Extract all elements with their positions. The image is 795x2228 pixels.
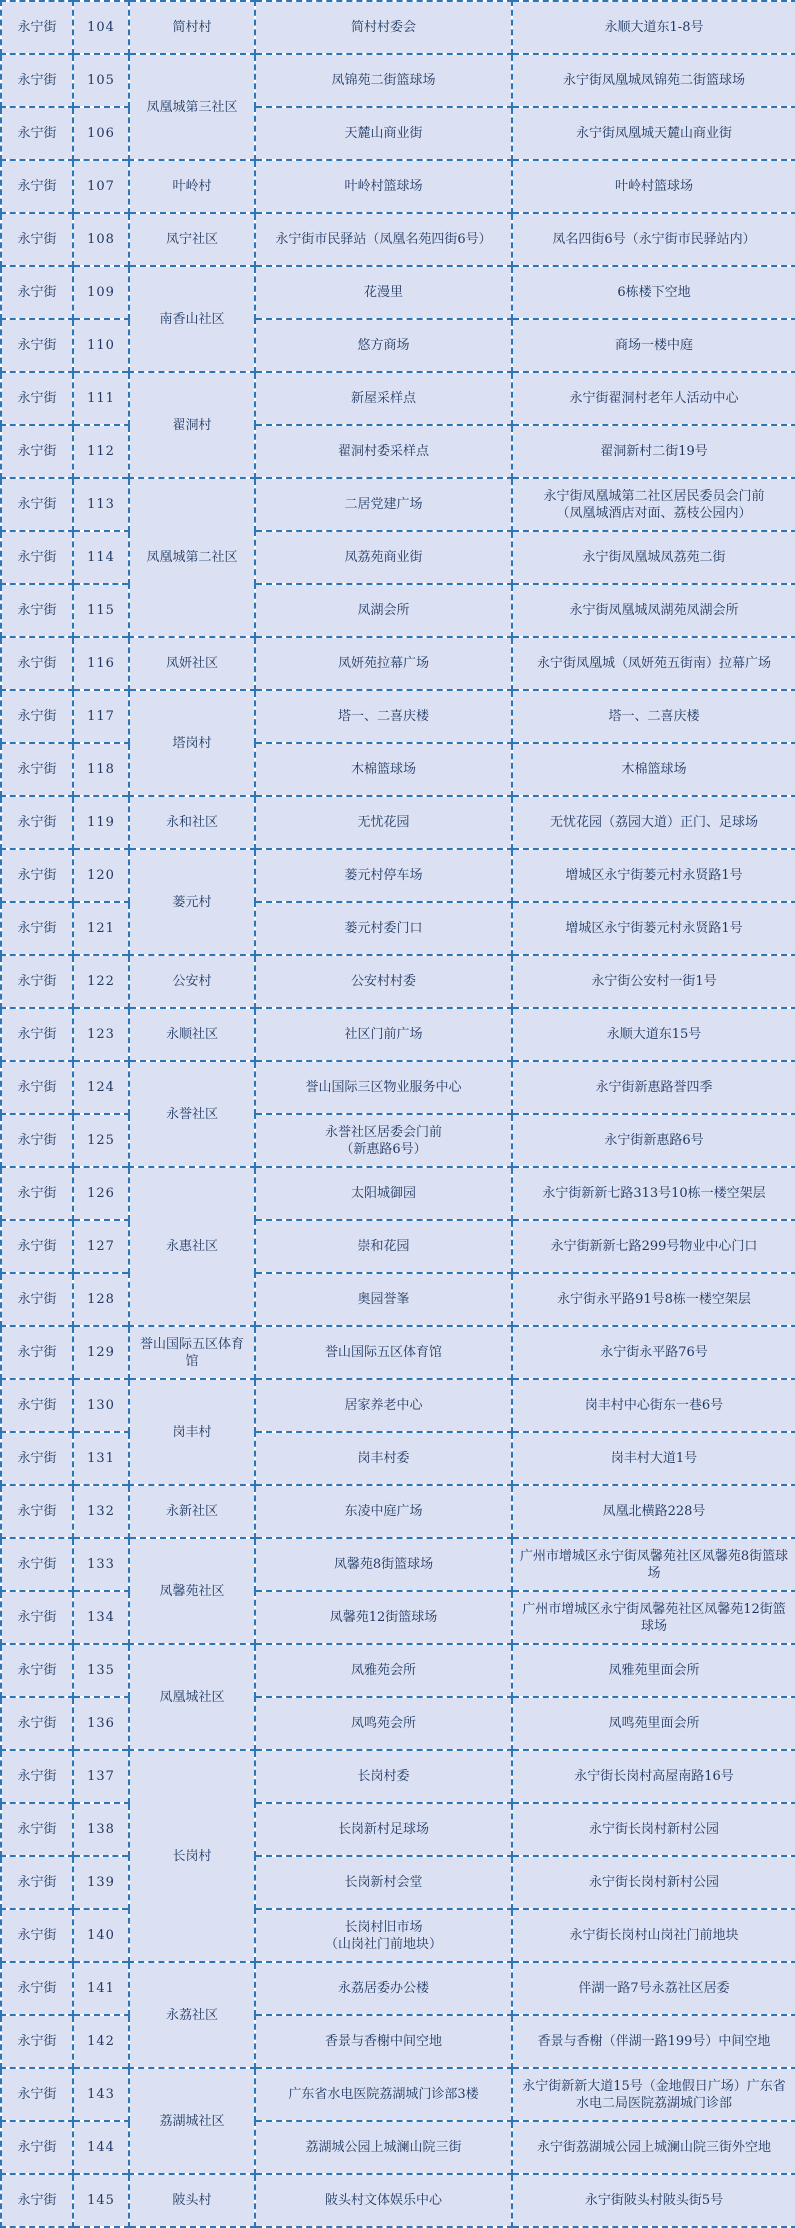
address-cell: 广州市增城区永宁街凤馨苑社区凤馨苑8街篮球场 bbox=[512, 1538, 795, 1591]
street-cell: 永宁街 bbox=[1, 1008, 73, 1061]
address-cell: 永宁街公安村一街1号 bbox=[512, 955, 795, 1008]
index-cell: 120 bbox=[73, 849, 129, 902]
address-cell: 木棉篮球场 bbox=[512, 743, 795, 796]
site-cell: 凤馨苑8街篮球场 bbox=[255, 1538, 512, 1591]
index-cell: 116 bbox=[73, 637, 129, 690]
community-cell: 凤馨苑社区 bbox=[129, 1538, 255, 1644]
site-cell: 永宁街市民驿站（凤凰名苑四街6号） bbox=[255, 213, 512, 266]
street-cell: 永宁街 bbox=[1, 1220, 73, 1273]
table-row: 永宁街121蒌元村委门口增城区永宁街蒌元村永贤路1号 bbox=[1, 902, 795, 955]
street-cell: 永宁街 bbox=[1, 1750, 73, 1803]
site-cell: 长岗村委 bbox=[255, 1750, 512, 1803]
index-cell: 123 bbox=[73, 1008, 129, 1061]
table-row: 永宁街109南香山社区花漫里6栋楼下空地 bbox=[1, 266, 795, 319]
index-cell: 113 bbox=[73, 478, 129, 531]
address-cell: 永宁街长岗村山岗社门前地块 bbox=[512, 1909, 795, 1962]
address-cell: 凤名四街6号（永宁街市民驿站内） bbox=[512, 213, 795, 266]
community-cell: 永誉社区 bbox=[129, 1061, 255, 1167]
site-cell: 二居党建广场 bbox=[255, 478, 512, 531]
address-cell: 永宁街凤凰城第二社区居民委员会门前 （凤凰城酒店对面、荔枝公园内） bbox=[512, 478, 795, 531]
street-cell: 永宁街 bbox=[1, 1167, 73, 1220]
community-cell: 翟洞村 bbox=[129, 372, 255, 478]
street-cell: 永宁街 bbox=[1, 1856, 73, 1909]
street-cell: 永宁街 bbox=[1, 849, 73, 902]
community-cell: 公安村 bbox=[129, 955, 255, 1008]
address-cell: 增城区永宁街蒌元村永贤路1号 bbox=[512, 849, 795, 902]
address-cell: 永宁街凤凰城凤锦苑二街篮球场 bbox=[512, 54, 795, 107]
street-cell: 永宁街 bbox=[1, 1538, 73, 1591]
street-cell: 永宁街 bbox=[1, 531, 73, 584]
address-cell: 永宁街新新大道15号（金地假日广场）广东省水电二局医院荔湖城门诊部 bbox=[512, 2068, 795, 2121]
street-cell: 永宁街 bbox=[1, 372, 73, 425]
site-cell: 长岗新村足球场 bbox=[255, 1803, 512, 1856]
street-cell: 永宁街 bbox=[1, 319, 73, 372]
index-cell: 140 bbox=[73, 1909, 129, 1962]
site-cell: 塔一、二喜庆楼 bbox=[255, 690, 512, 743]
community-cell: 简村村 bbox=[129, 1, 255, 54]
table-row: 永宁街142香景与香榭中间空地香景与香榭（伴湖一路199号）中间空地 bbox=[1, 2015, 795, 2068]
community-cell: 凤妍社区 bbox=[129, 637, 255, 690]
address-cell: 商场一楼中庭 bbox=[512, 319, 795, 372]
table-row: 永宁街130岗丰村居家养老中心岗丰村中心街东一巷6号 bbox=[1, 1379, 795, 1432]
index-cell: 119 bbox=[73, 796, 129, 849]
street-cell: 永宁街 bbox=[1, 2015, 73, 2068]
index-cell: 130 bbox=[73, 1379, 129, 1432]
site-cell: 凤馨苑12街篮球场 bbox=[255, 1591, 512, 1644]
street-cell: 永宁街 bbox=[1, 743, 73, 796]
community-cell: 凤凰城社区 bbox=[129, 1644, 255, 1750]
table-row: 永宁街122公安村公安村村委永宁街公安村一街1号 bbox=[1, 955, 795, 1008]
address-cell: 永宁街长岗村新村公园 bbox=[512, 1856, 795, 1909]
street-cell: 永宁街 bbox=[1, 478, 73, 531]
site-cell: 誉山国际五区体育馆 bbox=[255, 1326, 512, 1379]
street-cell: 永宁街 bbox=[1, 1803, 73, 1856]
table-row: 永宁街117塔岗村塔一、二喜庆楼塔一、二喜庆楼 bbox=[1, 690, 795, 743]
table-row: 永宁街113凤凰城第二社区二居党建广场永宁街凤凰城第二社区居民委员会门前 （凤凰… bbox=[1, 478, 795, 531]
table-row: 永宁街126永惠社区太阳城御园永宁街新新七路313号10栋一楼空架层 bbox=[1, 1167, 795, 1220]
address-cell: 凤雅苑里面会所 bbox=[512, 1644, 795, 1697]
table-row: 永宁街137长岗村长岗村委永宁街长岗村高屋南路16号 bbox=[1, 1750, 795, 1803]
index-cell: 108 bbox=[73, 213, 129, 266]
street-cell: 永宁街 bbox=[1, 1379, 73, 1432]
community-cell: 陂头村 bbox=[129, 2174, 255, 2227]
street-cell: 永宁街 bbox=[1, 1273, 73, 1326]
table-row: 永宁街133凤馨苑社区凤馨苑8街篮球场广州市增城区永宁街凤馨苑社区凤馨苑8街篮球… bbox=[1, 1538, 795, 1591]
address-cell: 凤凰北横路228号 bbox=[512, 1485, 795, 1538]
sampling-sites-table: 永宁街104简村村简村村委会永顺大道东1-8号永宁街105凤凰城第三社区凤锦苑二… bbox=[0, 0, 795, 2228]
table-row: 永宁街139长岗新村会堂永宁街长岗村新村公园 bbox=[1, 1856, 795, 1909]
index-cell: 138 bbox=[73, 1803, 129, 1856]
street-cell: 永宁街 bbox=[1, 796, 73, 849]
site-cell: 广东省水电医院荔湖城门诊部3楼 bbox=[255, 2068, 512, 2121]
site-cell: 居家养老中心 bbox=[255, 1379, 512, 1432]
address-cell: 永宁街新新七路313号10栋一楼空架层 bbox=[512, 1167, 795, 1220]
table-row: 永宁街110悠方商场商场一楼中庭 bbox=[1, 319, 795, 372]
site-cell: 凤雅苑会所 bbox=[255, 1644, 512, 1697]
community-cell: 岗丰村 bbox=[129, 1379, 255, 1485]
site-cell: 永誉社区居委会门前 （新惠路6号） bbox=[255, 1114, 512, 1167]
table-row: 永宁街105凤凰城第三社区凤锦苑二街篮球场永宁街凤凰城凤锦苑二街篮球场 bbox=[1, 54, 795, 107]
table-row: 永宁街127崇和花园永宁街新新七路299号物业中心门口 bbox=[1, 1220, 795, 1273]
site-cell: 陂头村文体娱乐中心 bbox=[255, 2174, 512, 2227]
table-row: 永宁街123永顺社区社区门前广场永顺大道东15号 bbox=[1, 1008, 795, 1061]
address-cell: 永宁街长岗村新村公园 bbox=[512, 1803, 795, 1856]
community-cell: 永荔社区 bbox=[129, 1962, 255, 2068]
site-cell: 叶岭村篮球场 bbox=[255, 160, 512, 213]
site-cell: 永荔居委办公楼 bbox=[255, 1962, 512, 2015]
site-cell: 新屋采样点 bbox=[255, 372, 512, 425]
index-cell: 142 bbox=[73, 2015, 129, 2068]
table-row: 永宁街124永誉社区誉山国际三区物业服务中心永宁街新惠路誉四季 bbox=[1, 1061, 795, 1114]
table-row: 永宁街112翟洞村委采样点翟洞新村二街19号 bbox=[1, 425, 795, 478]
community-cell: 永惠社区 bbox=[129, 1167, 255, 1326]
table-row: 永宁街111翟洞村新屋采样点永宁街翟洞村老年人活动中心 bbox=[1, 372, 795, 425]
index-cell: 114 bbox=[73, 531, 129, 584]
table-row: 永宁街138长岗新村足球场永宁街长岗村新村公园 bbox=[1, 1803, 795, 1856]
street-cell: 永宁街 bbox=[1, 1697, 73, 1750]
address-cell: 永宁街凤凰城凤荔苑二街 bbox=[512, 531, 795, 584]
site-cell: 蒌元村停车场 bbox=[255, 849, 512, 902]
table-row: 永宁街120蒌元村蒌元村停车场增城区永宁街蒌元村永贤路1号 bbox=[1, 849, 795, 902]
community-cell: 蒌元村 bbox=[129, 849, 255, 955]
table-row: 永宁街125永誉社区居委会门前 （新惠路6号）永宁街新惠路6号 bbox=[1, 1114, 795, 1167]
street-cell: 永宁街 bbox=[1, 425, 73, 478]
index-cell: 128 bbox=[73, 1273, 129, 1326]
street-cell: 永宁街 bbox=[1, 1591, 73, 1644]
site-cell: 荔湖城公园上城澜山院三街 bbox=[255, 2121, 512, 2174]
site-cell: 崇和花园 bbox=[255, 1220, 512, 1273]
community-cell: 南香山社区 bbox=[129, 266, 255, 372]
address-cell: 永宁街陂头村陂头街5号 bbox=[512, 2174, 795, 2227]
address-cell: 永宁街荔湖城公园上城澜山院三街外空地 bbox=[512, 2121, 795, 2174]
site-cell: 花漫里 bbox=[255, 266, 512, 319]
address-cell: 岗丰村中心街东一巷6号 bbox=[512, 1379, 795, 1432]
site-cell: 太阳城御园 bbox=[255, 1167, 512, 1220]
table-row: 永宁街131岗丰村委岗丰村大道1号 bbox=[1, 1432, 795, 1485]
street-cell: 永宁街 bbox=[1, 1, 73, 54]
site-cell: 凤荔苑商业街 bbox=[255, 531, 512, 584]
site-cell: 凤湖会所 bbox=[255, 584, 512, 637]
index-cell: 125 bbox=[73, 1114, 129, 1167]
index-cell: 112 bbox=[73, 425, 129, 478]
index-cell: 104 bbox=[73, 1, 129, 54]
site-cell: 社区门前广场 bbox=[255, 1008, 512, 1061]
address-cell: 叶岭村篮球场 bbox=[512, 160, 795, 213]
address-cell: 永宁街凤凰城凤湖苑凤湖会所 bbox=[512, 584, 795, 637]
index-cell: 139 bbox=[73, 1856, 129, 1909]
address-cell: 永顺大道东15号 bbox=[512, 1008, 795, 1061]
table-row: 永宁街106天麓山商业街永宁街凤凰城天麓山商业街 bbox=[1, 107, 795, 160]
site-cell: 岗丰村委 bbox=[255, 1432, 512, 1485]
table-body: 永宁街104简村村简村村委会永顺大道东1-8号永宁街105凤凰城第三社区凤锦苑二… bbox=[1, 1, 795, 2227]
table-row: 永宁街143荔湖城社区广东省水电医院荔湖城门诊部3楼永宁街新新大道15号（金地假… bbox=[1, 2068, 795, 2121]
address-cell: 无忧花园（荔园大道）正门、足球场 bbox=[512, 796, 795, 849]
address-cell: 增城区永宁街蒌元村永贤路1号 bbox=[512, 902, 795, 955]
community-cell: 永新社区 bbox=[129, 1485, 255, 1538]
street-cell: 永宁街 bbox=[1, 213, 73, 266]
address-cell: 永宁街新新七路299号物业中心门口 bbox=[512, 1220, 795, 1273]
site-cell: 奥园誉峯 bbox=[255, 1273, 512, 1326]
index-cell: 143 bbox=[73, 2068, 129, 2121]
address-cell: 永宁街凤凰城（凤妍苑五街南）拉幕广场 bbox=[512, 637, 795, 690]
street-cell: 永宁街 bbox=[1, 1326, 73, 1379]
index-cell: 132 bbox=[73, 1485, 129, 1538]
index-cell: 145 bbox=[73, 2174, 129, 2227]
table-row: 永宁街108凤宁社区永宁街市民驿站（凤凰名苑四街6号）凤名四街6号（永宁街市民驿… bbox=[1, 213, 795, 266]
table-row: 永宁街119永和社区无忧花园无忧花园（荔园大道）正门、足球场 bbox=[1, 796, 795, 849]
address-cell: 永宁街长岗村高屋南路16号 bbox=[512, 1750, 795, 1803]
site-cell: 木棉篮球场 bbox=[255, 743, 512, 796]
street-cell: 永宁街 bbox=[1, 1485, 73, 1538]
community-cell: 永和社区 bbox=[129, 796, 255, 849]
table-row: 永宁街107叶岭村叶岭村篮球场叶岭村篮球场 bbox=[1, 160, 795, 213]
table-row: 永宁街141永荔社区永荔居委办公楼伴湖一路7号永荔社区居委 bbox=[1, 1962, 795, 2015]
site-cell: 天麓山商业街 bbox=[255, 107, 512, 160]
site-cell: 简村村委会 bbox=[255, 1, 512, 54]
street-cell: 永宁街 bbox=[1, 160, 73, 213]
index-cell: 109 bbox=[73, 266, 129, 319]
table-row: 永宁街115凤湖会所永宁街凤凰城凤湖苑凤湖会所 bbox=[1, 584, 795, 637]
site-cell: 誉山国际三区物业服务中心 bbox=[255, 1061, 512, 1114]
index-cell: 144 bbox=[73, 2121, 129, 2174]
site-cell: 凤鸣苑会所 bbox=[255, 1697, 512, 1750]
site-cell: 长岗村旧市场 （山岗社门前地块） bbox=[255, 1909, 512, 1962]
site-cell: 长岗新村会堂 bbox=[255, 1856, 512, 1909]
street-cell: 永宁街 bbox=[1, 107, 73, 160]
table-row: 永宁街140长岗村旧市场 （山岗社门前地块）永宁街长岗村山岗社门前地块 bbox=[1, 1909, 795, 1962]
table-row: 永宁街114凤荔苑商业街永宁街凤凰城凤荔苑二街 bbox=[1, 531, 795, 584]
site-cell: 凤锦苑二街篮球场 bbox=[255, 54, 512, 107]
index-cell: 121 bbox=[73, 902, 129, 955]
street-cell: 永宁街 bbox=[1, 955, 73, 1008]
table-row: 永宁街118木棉篮球场木棉篮球场 bbox=[1, 743, 795, 796]
address-cell: 塔一、二喜庆楼 bbox=[512, 690, 795, 743]
community-cell: 叶岭村 bbox=[129, 160, 255, 213]
street-cell: 永宁街 bbox=[1, 2121, 73, 2174]
site-cell: 凤妍苑拉幕广场 bbox=[255, 637, 512, 690]
site-cell: 公安村村委 bbox=[255, 955, 512, 1008]
address-cell: 永顺大道东1-8号 bbox=[512, 1, 795, 54]
index-cell: 133 bbox=[73, 1538, 129, 1591]
site-cell: 香景与香榭中间空地 bbox=[255, 2015, 512, 2068]
table-row: 永宁街136凤鸣苑会所凤鸣苑里面会所 bbox=[1, 1697, 795, 1750]
community-cell: 誉山国际五区体育馆 bbox=[129, 1326, 255, 1379]
street-cell: 永宁街 bbox=[1, 1432, 73, 1485]
index-cell: 105 bbox=[73, 54, 129, 107]
street-cell: 永宁街 bbox=[1, 1114, 73, 1167]
index-cell: 106 bbox=[73, 107, 129, 160]
address-cell: 永宁街永平路76号 bbox=[512, 1326, 795, 1379]
index-cell: 136 bbox=[73, 1697, 129, 1750]
table-row: 永宁街128奥园誉峯永宁街永平路91号8栋一楼空架层 bbox=[1, 1273, 795, 1326]
address-cell: 香景与香榭（伴湖一路199号）中间空地 bbox=[512, 2015, 795, 2068]
index-cell: 107 bbox=[73, 160, 129, 213]
index-cell: 124 bbox=[73, 1061, 129, 1114]
index-cell: 129 bbox=[73, 1326, 129, 1379]
index-cell: 111 bbox=[73, 372, 129, 425]
community-cell: 塔岗村 bbox=[129, 690, 255, 796]
index-cell: 137 bbox=[73, 1750, 129, 1803]
street-cell: 永宁街 bbox=[1, 1061, 73, 1114]
address-cell: 翟洞新村二街19号 bbox=[512, 425, 795, 478]
address-cell: 永宁街新惠路誉四季 bbox=[512, 1061, 795, 1114]
index-cell: 126 bbox=[73, 1167, 129, 1220]
street-cell: 永宁街 bbox=[1, 690, 73, 743]
community-cell: 凤凰城第二社区 bbox=[129, 478, 255, 637]
address-cell: 永宁街新惠路6号 bbox=[512, 1114, 795, 1167]
index-cell: 115 bbox=[73, 584, 129, 637]
street-cell: 永宁街 bbox=[1, 2174, 73, 2227]
table-row: 永宁街132永新社区东凌中庭广场凤凰北横路228号 bbox=[1, 1485, 795, 1538]
street-cell: 永宁街 bbox=[1, 54, 73, 107]
street-cell: 永宁街 bbox=[1, 1644, 73, 1697]
table-row: 永宁街116凤妍社区凤妍苑拉幕广场永宁街凤凰城（凤妍苑五街南）拉幕广场 bbox=[1, 637, 795, 690]
index-cell: 134 bbox=[73, 1591, 129, 1644]
street-cell: 永宁街 bbox=[1, 1909, 73, 1962]
street-cell: 永宁街 bbox=[1, 637, 73, 690]
address-cell: 伴湖一路7号永荔社区居委 bbox=[512, 1962, 795, 2015]
table-row: 永宁街104简村村简村村委会永顺大道东1-8号 bbox=[1, 1, 795, 54]
community-cell: 凤凰城第三社区 bbox=[129, 54, 255, 160]
address-cell: 广州市增城区永宁街凤馨苑社区凤馨苑12街篮球场 bbox=[512, 1591, 795, 1644]
site-cell: 翟洞村委采样点 bbox=[255, 425, 512, 478]
table-row: 永宁街129誉山国际五区体育馆誉山国际五区体育馆永宁街永平路76号 bbox=[1, 1326, 795, 1379]
address-cell: 岗丰村大道1号 bbox=[512, 1432, 795, 1485]
index-cell: 117 bbox=[73, 690, 129, 743]
street-cell: 永宁街 bbox=[1, 2068, 73, 2121]
community-cell: 永顺社区 bbox=[129, 1008, 255, 1061]
address-cell: 永宁街凤凰城天麓山商业街 bbox=[512, 107, 795, 160]
community-cell: 长岗村 bbox=[129, 1750, 255, 1962]
site-cell: 悠方商场 bbox=[255, 319, 512, 372]
table-row: 永宁街145陂头村陂头村文体娱乐中心永宁街陂头村陂头街5号 bbox=[1, 2174, 795, 2227]
index-cell: 131 bbox=[73, 1432, 129, 1485]
address-cell: 永宁街翟洞村老年人活动中心 bbox=[512, 372, 795, 425]
index-cell: 135 bbox=[73, 1644, 129, 1697]
site-cell: 东凌中庭广场 bbox=[255, 1485, 512, 1538]
index-cell: 118 bbox=[73, 743, 129, 796]
street-cell: 永宁街 bbox=[1, 902, 73, 955]
address-cell: 6栋楼下空地 bbox=[512, 266, 795, 319]
index-cell: 141 bbox=[73, 1962, 129, 2015]
address-cell: 永宁街永平路91号8栋一楼空架层 bbox=[512, 1273, 795, 1326]
site-cell: 无忧花园 bbox=[255, 796, 512, 849]
street-cell: 永宁街 bbox=[1, 584, 73, 637]
site-cell: 蒌元村委门口 bbox=[255, 902, 512, 955]
index-cell: 110 bbox=[73, 319, 129, 372]
table-row: 永宁街134凤馨苑12街篮球场广州市增城区永宁街凤馨苑社区凤馨苑12街篮球场 bbox=[1, 1591, 795, 1644]
street-cell: 永宁街 bbox=[1, 266, 73, 319]
index-cell: 122 bbox=[73, 955, 129, 1008]
street-cell: 永宁街 bbox=[1, 1962, 73, 2015]
address-cell: 凤鸣苑里面会所 bbox=[512, 1697, 795, 1750]
community-cell: 荔湖城社区 bbox=[129, 2068, 255, 2174]
index-cell: 127 bbox=[73, 1220, 129, 1273]
table-row: 永宁街135凤凰城社区凤雅苑会所凤雅苑里面会所 bbox=[1, 1644, 795, 1697]
community-cell: 凤宁社区 bbox=[129, 213, 255, 266]
table-row: 永宁街144荔湖城公园上城澜山院三街永宁街荔湖城公园上城澜山院三街外空地 bbox=[1, 2121, 795, 2174]
